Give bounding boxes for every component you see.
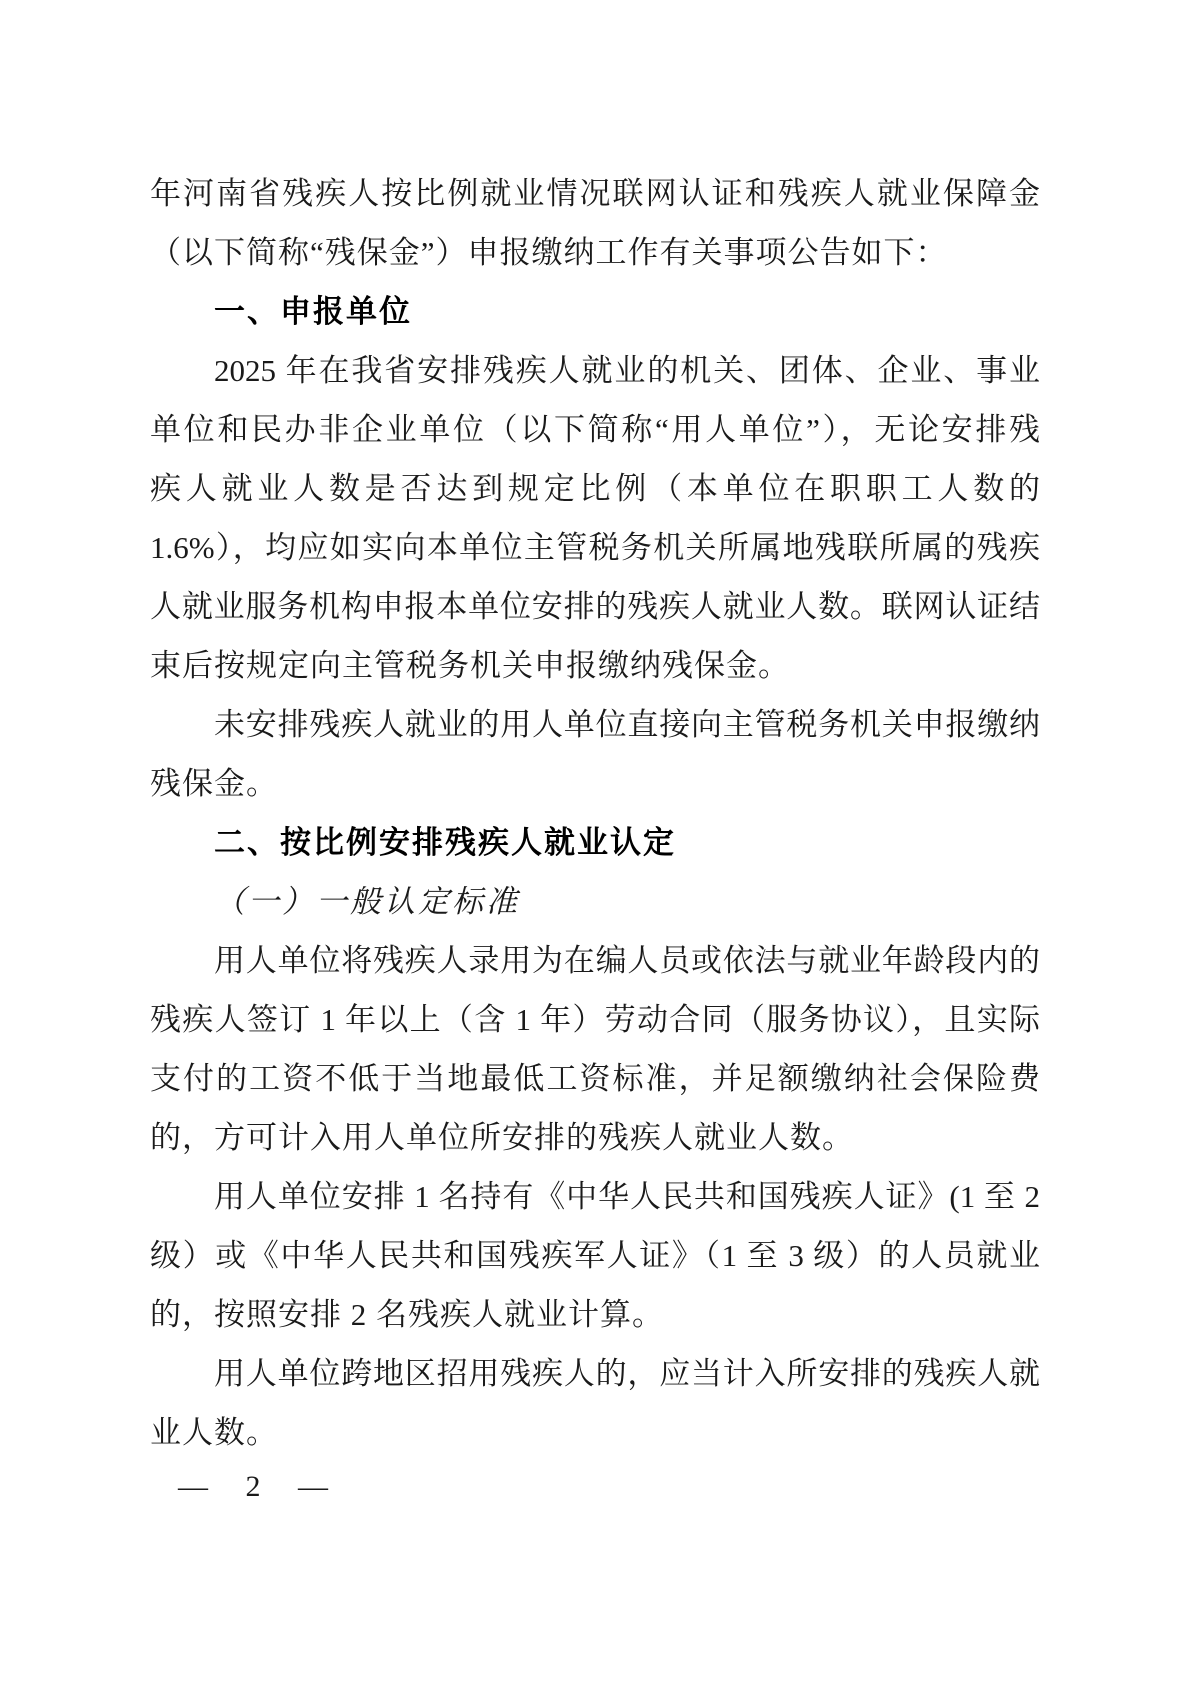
text-line: 的，方可计入用人单位所安排的残疾人就业人数。 — [150, 1108, 1040, 1167]
text-line: 单位和民办非企业单位（以下简称“用人单位”），无论安排残 — [150, 400, 1040, 459]
sub-heading: （一）一般认定标准 — [150, 872, 1040, 931]
section-heading: 一、申报单位 — [150, 282, 1040, 341]
page-number: — 2 — — [150, 1457, 330, 1516]
text-line: 疾人就业人数是否达到规定比例（本单位在职职工人数的 — [150, 459, 1040, 518]
document-body: 年河南省残疾人按比例就业情况联网认证和残疾人就业保障金（以下简称“残保金”）申报… — [150, 164, 1040, 1462]
text-line: 残疾人签订 1 年以上（含 1 年）劳动合同（服务协议），且实际 — [150, 990, 1040, 1049]
text-line: 年河南省残疾人按比例就业情况联网认证和残疾人就业保障金 — [150, 164, 1040, 223]
text-line: 残保金。 — [150, 754, 1040, 813]
document-page: 年河南省残疾人按比例就业情况联网认证和残疾人就业保障金（以下简称“残保金”）申报… — [0, 0, 1190, 1682]
text-line: 人就业服务机构申报本单位安排的残疾人就业人数。联网认证结 — [150, 577, 1040, 636]
text-line: 用人单位安排 1 名持有《中华人民共和国残疾人证》(1 至 2 — [150, 1167, 1040, 1226]
text-line: 的，按照安排 2 名残疾人就业计算。 — [150, 1285, 1040, 1344]
text-line: （以下简称“残保金”）申报缴纳工作有关事项公告如下： — [150, 223, 1040, 282]
text-line: 1.6%），均应如实向本单位主管税务机关所属地残联所属的残疾 — [150, 518, 1040, 577]
text-line: 未安排残疾人就业的用人单位直接向主管税务机关申报缴纳 — [150, 695, 1040, 754]
text-line: 用人单位跨地区招用残疾人的，应当计入所安排的残疾人就 — [150, 1344, 1040, 1403]
text-line: 支付的工资不低于当地最低工资标准，并足额缴纳社会保险费 — [150, 1049, 1040, 1108]
text-line: 级）或《中华人民共和国残疾军人证》（1 至 3 级）的人员就业 — [150, 1226, 1040, 1285]
text-line: 2025 年在我省安排残疾人就业的机关、团体、企业、事业 — [150, 341, 1040, 400]
text-line: 束后按规定向主管税务机关申报缴纳残保金。 — [150, 636, 1040, 695]
text-line: 业人数。 — [150, 1403, 1040, 1462]
section-heading: 二、按比例安排残疾人就业认定 — [150, 813, 1040, 872]
text-line: 用人单位将残疾人录用为在编人员或依法与就业年龄段内的 — [150, 931, 1040, 990]
